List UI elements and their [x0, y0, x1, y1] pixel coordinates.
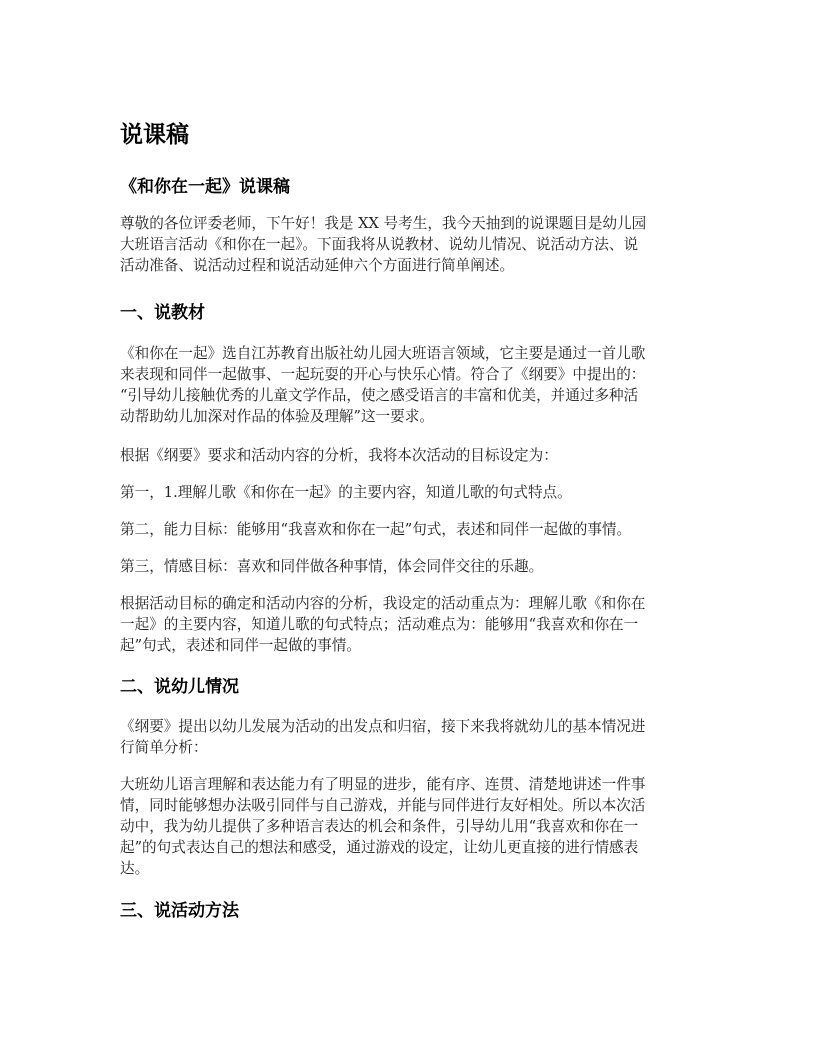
- goal-item-3: 第三，情感目标：喜欢和同伴做各种事情，体会同伴交往的乐趣。: [120, 556, 543, 577]
- text-line: 根据活动目标的确定和活动内容的分析，我设定的活动重点为：理解儿歌《和你在: [120, 593, 645, 614]
- text-line: 一起》的主要内容，知道儿歌的句式特点；活动难点为：能够用“我喜欢和你在一: [120, 614, 645, 635]
- paragraph: 根据活动目标的确定和活动内容的分析，我设定的活动重点为：理解儿歌《和你在 一起》…: [120, 593, 645, 656]
- text-line: 来表现和同伴一起做事、一起玩耍的开心与快乐心情。符合了《纲要》中提出的：: [120, 364, 645, 385]
- text-line: 《纲要》提出以幼儿发展为活动的出发点和归宿，接下来我将就幼儿的基本情况进: [120, 716, 645, 737]
- text-line: 达。: [120, 858, 645, 879]
- text-line: 根据《纲要》要求和活动内容的分析，我将本次活动的目标设定为：: [120, 445, 558, 466]
- text-line: 起”句式，表述和同伴一起做的事情。: [120, 635, 645, 656]
- paragraph: 《和你在一起》选自江苏教育出版社幼儿园大班语言领域，它主要是通过一首儿歌 来表现…: [120, 343, 645, 427]
- document-subtitle: 《和你在一起》说课稿: [120, 176, 290, 198]
- text-line: 大班幼儿语言理解和表达能力有了明显的进步，能有序、连贯、清楚地讲述一件事: [120, 774, 645, 795]
- document-title: 说课稿: [120, 121, 189, 149]
- text-line: 大班语言活动《和你在一起》。下面我将从说教材、说幼儿情况、说活动方法、说: [120, 234, 646, 255]
- text-line: 情，同时能够想办法吸引同伴与自己游戏，并能与同伴进行友好相处。所以本次活: [120, 795, 645, 816]
- text-line: 活动准备、说活动过程和说活动延伸六个方面进行简单阐述。: [120, 255, 646, 276]
- section-heading-methods: 三、说活动方法: [120, 900, 239, 922]
- goal-item-1: 第一，1.理解儿歌《和你在一起》的主要内容，知道儿歌的句式特点。: [120, 482, 572, 503]
- text-line: 起”的句式表达自己的想法和感受，通过游戏的设定，让幼儿更直接的进行情感表: [120, 837, 645, 858]
- paragraph: 根据《纲要》要求和活动内容的分析，我将本次活动的目标设定为：: [120, 445, 558, 466]
- section-heading-children: 二、说幼儿情况: [120, 676, 239, 698]
- paragraph: 《纲要》提出以幼儿发展为活动的出发点和归宿，接下来我将就幼儿的基本情况进 行简单…: [120, 716, 645, 758]
- text-line: 《和你在一起》选自江苏教育出版社幼儿园大班语言领域，它主要是通过一首儿歌: [120, 343, 645, 364]
- paragraph: 大班幼儿语言理解和表达能力有了明显的进步，能有序、连贯、清楚地讲述一件事 情，同…: [120, 774, 645, 879]
- goal-item-2: 第二，能力目标：能够用“我喜欢和你在一起”句式，表述和同伴一起做的事情。: [120, 519, 631, 540]
- intro-paragraph: 尊敬的各位评委老师，下午好！我是 XX 号考生，我今天抽到的说课题目是幼儿园 大…: [120, 213, 646, 276]
- text-line: 第三，情感目标：喜欢和同伴做各种事情，体会同伴交往的乐趣。: [120, 556, 543, 577]
- text-line: “引导幼儿接触优秀的儿童文学作品，使之感受语言的丰富和优美，并通过多种活: [120, 385, 645, 406]
- text-line: 行简单分析：: [120, 737, 645, 758]
- text-line: 尊敬的各位评委老师，下午好！我是 XX 号考生，我今天抽到的说课题目是幼儿园: [120, 213, 646, 234]
- text-line: 第一，1.理解儿歌《和你在一起》的主要内容，知道儿歌的句式特点。: [120, 482, 572, 503]
- section-heading-teaching-material: 一、说教材: [120, 302, 205, 324]
- text-line: 动帮助幼儿加深对作品的体验及理解”这一要求。: [120, 406, 645, 427]
- text-line: 第二，能力目标：能够用“我喜欢和你在一起”句式，表述和同伴一起做的事情。: [120, 519, 631, 540]
- text-line: 动中，我为幼儿提供了多种语言表达的机会和条件，引导幼儿用“我喜欢和你在一: [120, 816, 645, 837]
